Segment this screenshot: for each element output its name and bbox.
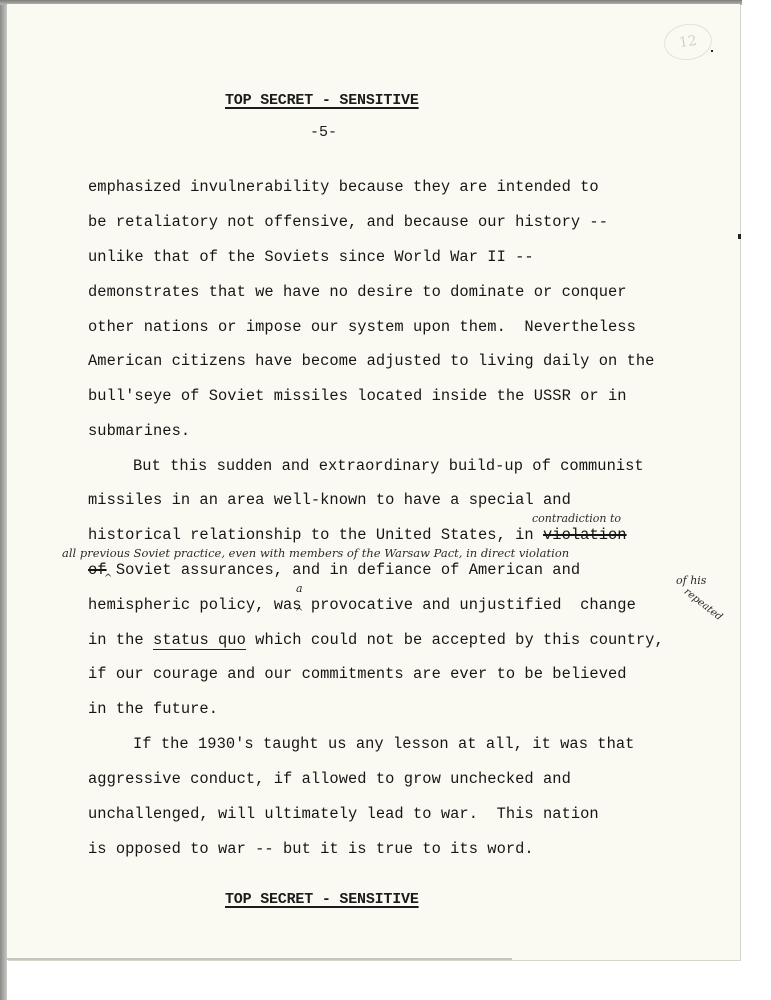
text-line-12-main: Soviet assurances, and in defiance of Am… [116,561,580,579]
page-edge-shadow [7,958,512,960]
scanner-edge-left [0,0,7,1000]
struck-word-violation: violation [543,526,627,544]
classification-footer: TOP SECRET - SENSITIVE [225,891,435,908]
text-line-14-start: in the [88,631,153,649]
caret-insert-mark-2: ^ [295,606,303,620]
page-number: -5- [310,124,337,141]
annotation-insert-a: a [296,582,303,596]
text-line-13: hemispheric policy, was provocative and … [88,596,636,614]
text-line-5: other nations or impose our system upon … [88,318,636,336]
text-line-7: bull'seye of Soviet missiles located ins… [88,387,627,405]
text-line-11-main: historical relationship to the United St… [88,526,543,544]
annotation-contradiction-to: contradiction to [532,512,621,526]
text-line-9: But this sudden and extraordinary build-… [133,457,644,475]
text-line-10: missiles in an area well-known to have a… [88,491,571,509]
text-line-14: in the status quo which could not be acc… [88,631,664,649]
underlined-status-quo: status quo [153,631,246,650]
annotation-margin-of-his: of his [676,574,706,588]
text-line-14-rest: which could not be accepted by this coun… [246,631,664,649]
text-line-19: unchallenged, will ultimately lead to wa… [88,805,599,823]
classification-header: TOP SECRET - SENSITIVE [225,92,435,109]
text-line-12: of Soviet assurances, and in defiance of… [88,561,580,579]
annotation-interlinear: all previous Soviet practice, even with … [62,546,569,560]
text-line-8: submarines. [88,422,190,440]
text-line-18: aggressive conduct, if allowed to grow u… [88,770,571,788]
paper-speck [738,234,741,239]
text-line-20: is opposed to war -- but it is true to i… [88,840,534,858]
text-line-6: American citizens have become adjusted t… [88,352,654,370]
text-line-16: in the future. [88,700,218,718]
text-line-11: historical relationship to the United St… [88,526,627,544]
text-line-15: if our courage and our commitments are e… [88,665,627,683]
text-line-3: unlike that of the Soviets since World W… [88,248,534,266]
text-line-1: emphasized invulnerability because they … [88,178,599,196]
paper-speck [711,50,713,52]
text-line-4: demonstrates that we have no desire to d… [88,283,627,301]
text-line-17: If the 1930's taught us any lesson at al… [133,735,634,753]
text-line-2: be retaliatory not offensive, and becaus… [88,213,608,231]
caret-insert-mark: ^ [104,572,112,586]
